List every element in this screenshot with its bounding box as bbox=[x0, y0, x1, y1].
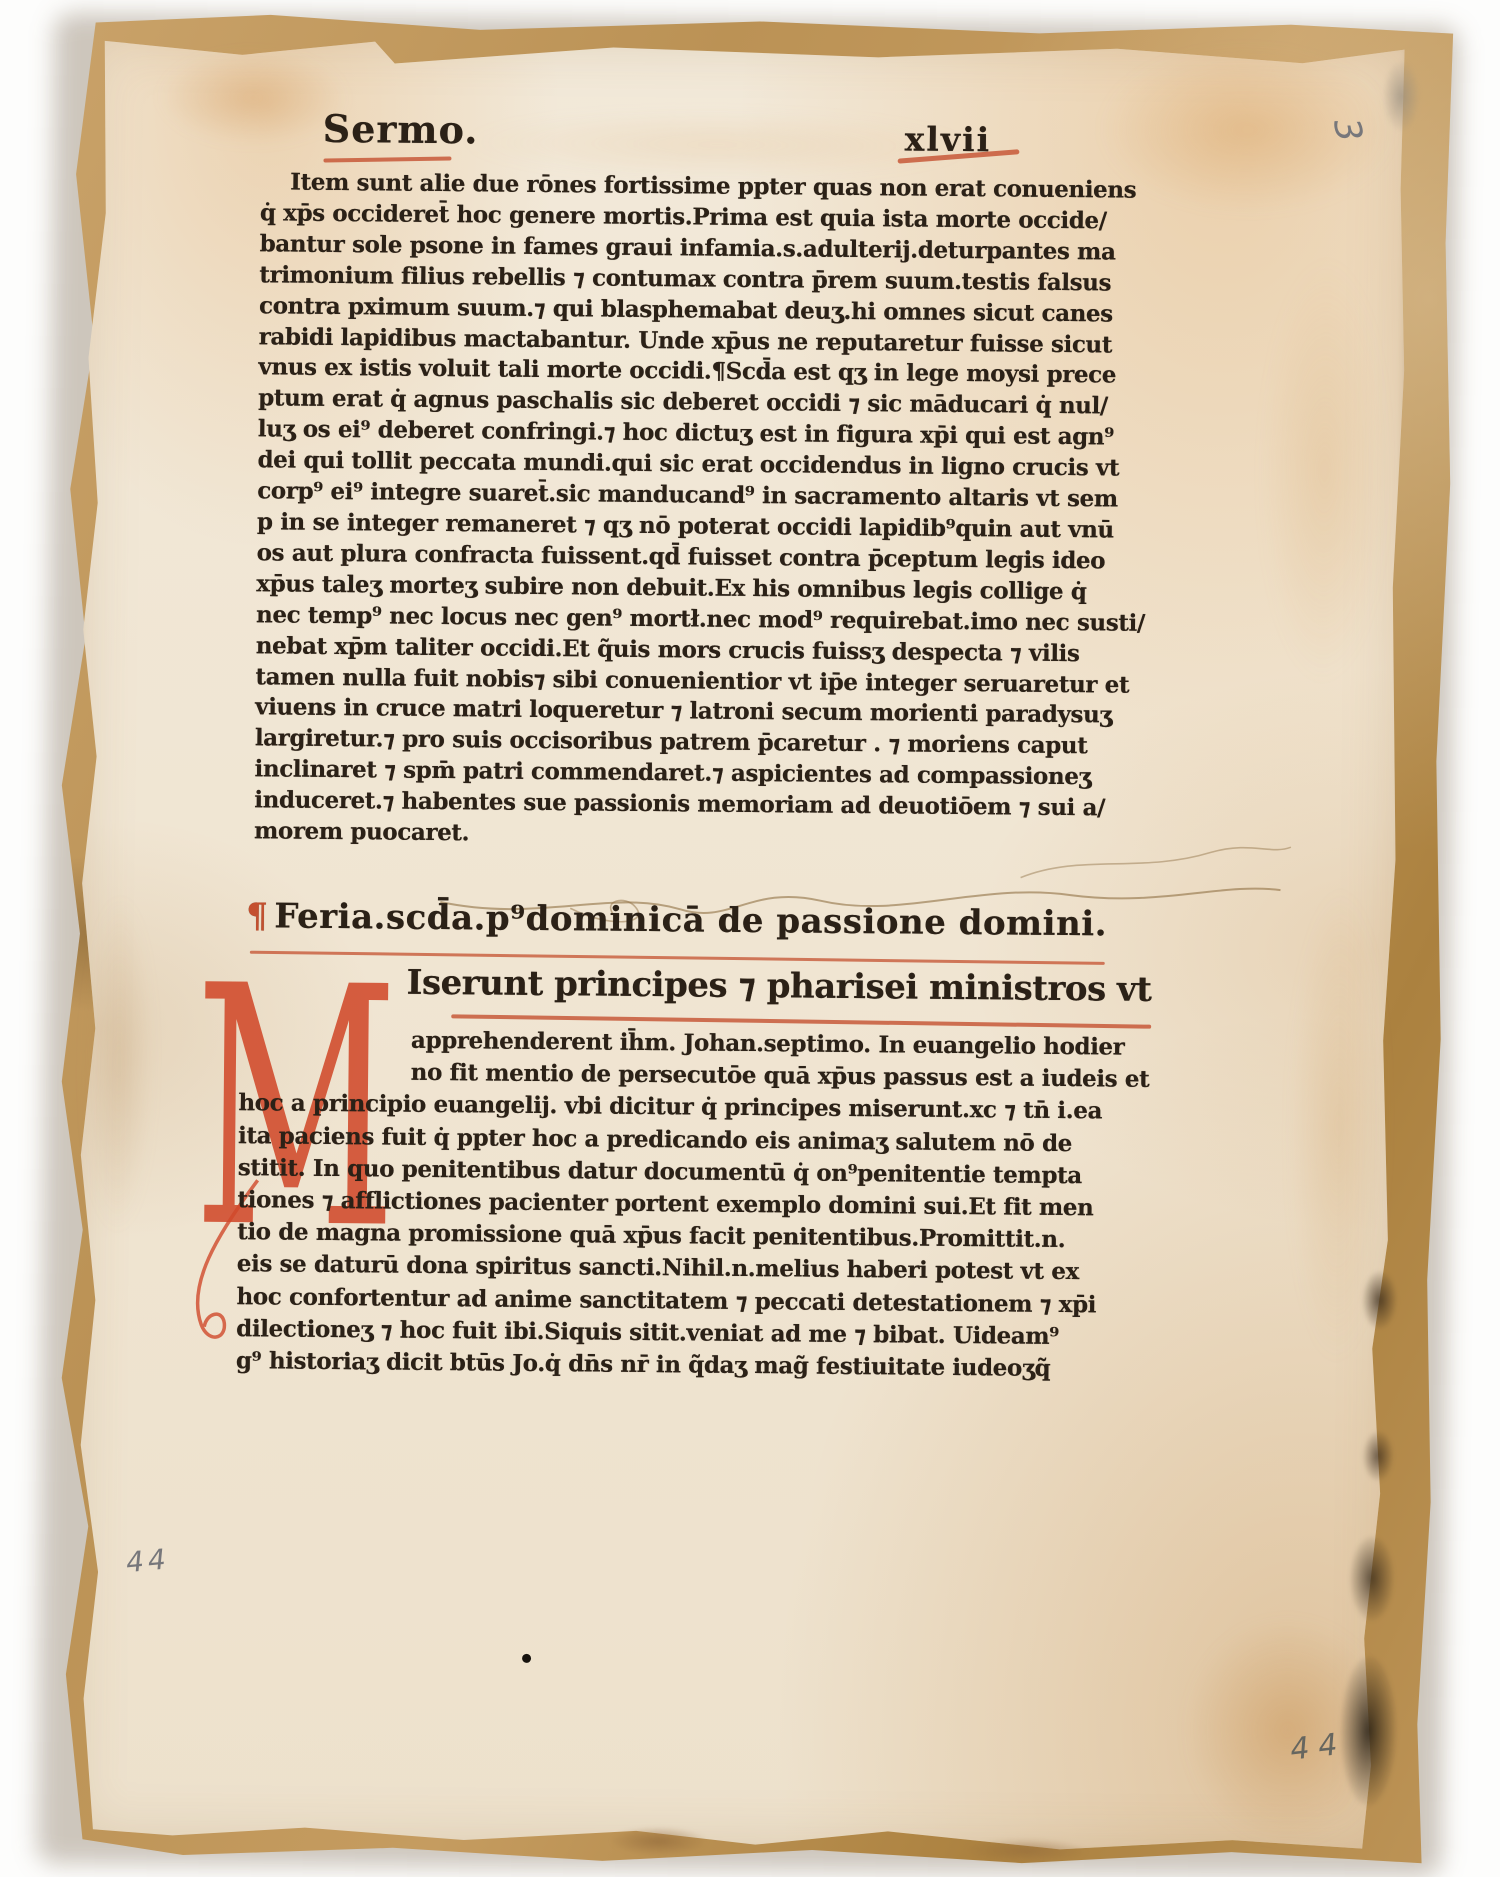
sermon-body: apprehenderent ih̄m. Johan.septimo. In e… bbox=[236, 1023, 1154, 1386]
pencil-annotation-bottom-left: 44 bbox=[125, 1542, 172, 1579]
section-heading-text: Feria.scd̄a.p⁹dominicā de passione domin… bbox=[274, 896, 1107, 944]
pencil-annotation-bottom-right: 44 bbox=[1288, 1726, 1348, 1767]
mounted-leaf-group: Sermo. xlvii Item sunt alie due rōnes fo… bbox=[0, 0, 1500, 1877]
photo-backdrop: Sermo. xlvii Item sunt alie due rōnes fo… bbox=[0, 0, 1500, 1877]
running-title: Sermo. bbox=[323, 106, 479, 152]
sermon-incipit: Iserunt principes ⁊ pharisei ministros v… bbox=[406, 963, 1151, 1010]
ink-dot bbox=[522, 1654, 531, 1663]
sermon-paragraph: Item sunt alie due rōnes fortissime ppte… bbox=[254, 167, 1160, 856]
